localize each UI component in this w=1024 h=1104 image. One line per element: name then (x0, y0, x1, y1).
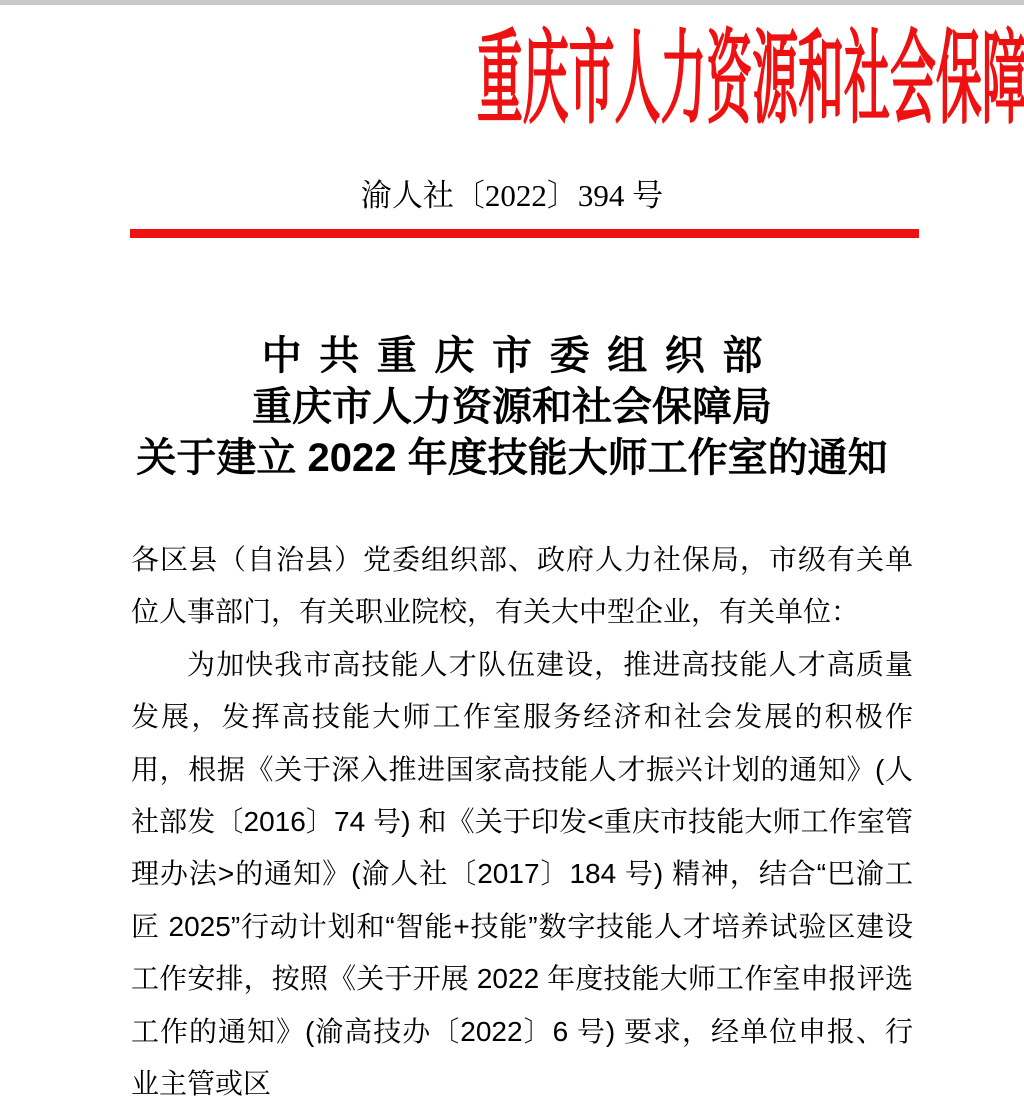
doc-title: 中共重庆市委组织部 重庆市人力资源和社会保障局 关于建立 2022 年度技能大师… (0, 331, 1024, 484)
red-divider-rule (130, 229, 919, 238)
doc-title-line-issuer-1: 中共重庆市委组织部 (0, 331, 1024, 382)
masthead: 重庆市人力资源和社会保障局电子文件 (0, 22, 1024, 167)
paragraph-recipients: 各区县（自治县）党委组织部、政府人力社保局，市级有关单位人事部门，有关职业院校，… (131, 534, 913, 639)
doc-title-line-issuer-2: 重庆市人力资源和社会保障局 (0, 382, 1024, 433)
top-border (0, 0, 1024, 5)
doc-title-line-subject: 关于建立 2022 年度技能大师工作室的通知 (0, 433, 1024, 484)
doc-number: 渝人社〔2022〕394 号 (0, 176, 1024, 216)
document-body: 各区县（自治县）党委组织部、政府人力社保局，市级有关单位人事部门，有关职业院校，… (131, 534, 913, 1104)
paragraph-main: 为加快我市高技能人才队伍建设，推进高技能人才高质量发展，发挥高技能大师工作室服务… (131, 639, 913, 1104)
document-page: 重庆市人力资源和社会保障局电子文件 渝人社〔2022〕394 号 中共重庆市委组… (0, 0, 1024, 1104)
masthead-title: 重庆市人力资源和社会保障局电子文件 (477, 22, 1024, 136)
